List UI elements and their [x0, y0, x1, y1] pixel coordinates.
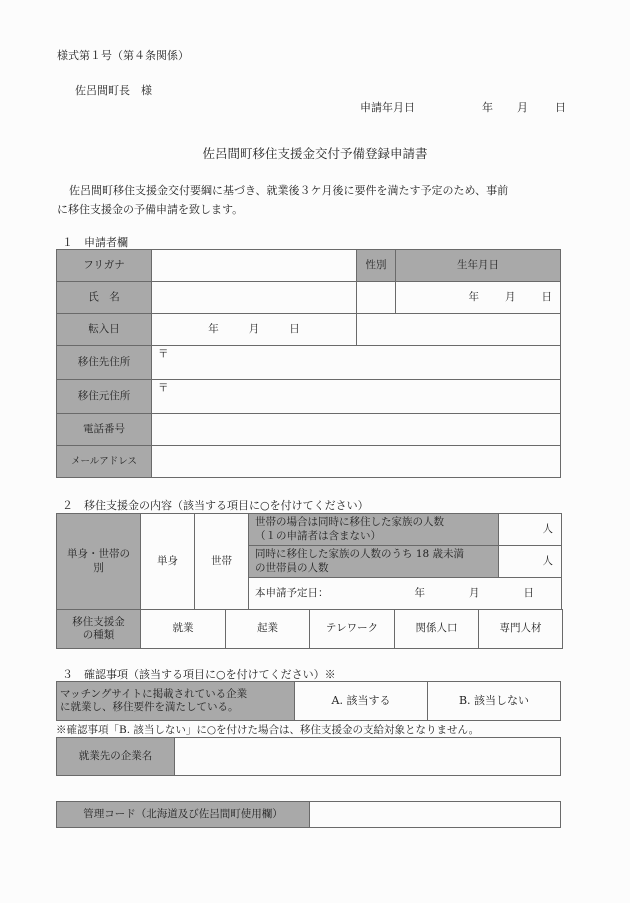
planned-date-field[interactable]: 本申請予定日： 年月日: [248, 577, 562, 610]
planned-date-label: 本申請予定日：: [255, 587, 329, 600]
new-address-field[interactable]: 〒: [151, 345, 561, 380]
section3-heading: ３ 確認事項（該当する項目に○を付けてください）※: [62, 666, 336, 682]
postal-mark: 〒: [158, 382, 169, 395]
move-in-date-field[interactable]: 年月日: [151, 313, 357, 346]
section1-heading: １ 申請者欄: [62, 234, 128, 250]
phone-label: 電話番号: [56, 413, 152, 446]
single-option[interactable]: 単身: [140, 513, 195, 610]
type-option-employment[interactable]: 就業: [140, 609, 226, 649]
addressee: 佐呂間町長 様: [75, 82, 152, 98]
matching-site-question: マッチングサイトに掲載されている企業 に就業し、移住要件を満たしている。: [56, 681, 295, 721]
household-type-label: 単身・世帯の別: [56, 513, 141, 610]
form-number: 様式第１号（第４条関係）: [57, 47, 189, 63]
postal-mark: 〒: [158, 348, 169, 361]
birthdate-field[interactable]: 年月日: [395, 281, 561, 314]
move-in-year-unit: 年: [208, 323, 219, 336]
company-name-label: 就業先の企業名: [56, 737, 175, 776]
family-count-label: 世帯の場合は同時に移住した家族の人数 （１の申請者は含まない）: [248, 513, 499, 546]
support-type-label: 移住支援金 の種類: [56, 609, 141, 649]
section3-note: ※確認事項「B. 該当しない」に○を付けた場合は、移住支援金の支給対象となりませ…: [56, 722, 479, 737]
name-label: 氏 名: [56, 281, 152, 314]
application-date-day-unit: 日: [555, 99, 566, 115]
new-address-label: 移住先住所: [56, 345, 152, 380]
furigana-field[interactable]: [151, 249, 357, 282]
sex-label: 性別: [356, 249, 396, 282]
person-unit: 人: [543, 523, 554, 536]
email-label: メールアドレス: [56, 445, 152, 478]
type-option-telework[interactable]: テレワーク: [309, 609, 395, 649]
birth-year-unit: 年: [469, 291, 480, 304]
type-option-specialist[interactable]: 専門人材: [478, 609, 563, 649]
move-in-label: 転入日: [56, 313, 152, 346]
phone-field[interactable]: [151, 413, 561, 446]
type-option-startup[interactable]: 起業: [225, 609, 310, 649]
intro-line-1: 佐呂間町移住支援金交付要綱に基づき、就業後３ケ月後に要件を満たす予定のため、事前: [57, 182, 508, 198]
birth-day-unit: 日: [542, 291, 553, 304]
company-name-field[interactable]: [174, 737, 561, 776]
person-unit: 人: [543, 555, 554, 568]
option-b-not-applicable[interactable]: B. 該当しない: [427, 681, 561, 721]
birth-month-unit: 月: [505, 291, 516, 304]
family-count-field[interactable]: 人: [498, 513, 562, 546]
application-date-label: 申請年月日: [360, 99, 415, 115]
move-in-day-unit: 日: [289, 323, 300, 336]
section2-heading: ２ 移住支援金の内容（該当する項目に○を付けてください）: [62, 497, 369, 513]
type-option-related-population[interactable]: 関係人口: [394, 609, 479, 649]
document-title: 佐呂間町移住支援金交付予備登録申請書: [0, 144, 630, 162]
household-option[interactable]: 世帯: [194, 513, 249, 610]
email-field[interactable]: [151, 445, 561, 478]
birthdate-label: 生年月日: [395, 249, 561, 282]
application-date-year-unit: 年: [482, 99, 493, 115]
name-field[interactable]: [151, 281, 357, 314]
old-address-field[interactable]: 〒: [151, 379, 561, 414]
minor-count-field[interactable]: 人: [498, 545, 562, 578]
minor-count-label: 同時に移住した家族の人数のうち 18 歳未満 の世帯員の人数: [248, 545, 499, 578]
furigana-label: フリガナ: [56, 249, 152, 282]
admin-code-label: 管理コード（北海道及び佐呂間町使用欄）: [56, 801, 310, 828]
option-a-applicable[interactable]: A. 該当する: [294, 681, 428, 721]
intro-line-2: に移住支援金の予備申請を致します。: [57, 201, 243, 217]
move-in-blank: [356, 313, 561, 346]
old-address-label: 移住元住所: [56, 379, 152, 414]
sex-field[interactable]: [356, 281, 396, 314]
application-date-month-unit: 月: [517, 99, 528, 115]
admin-code-field[interactable]: [309, 801, 561, 828]
move-in-month-unit: 月: [249, 323, 260, 336]
